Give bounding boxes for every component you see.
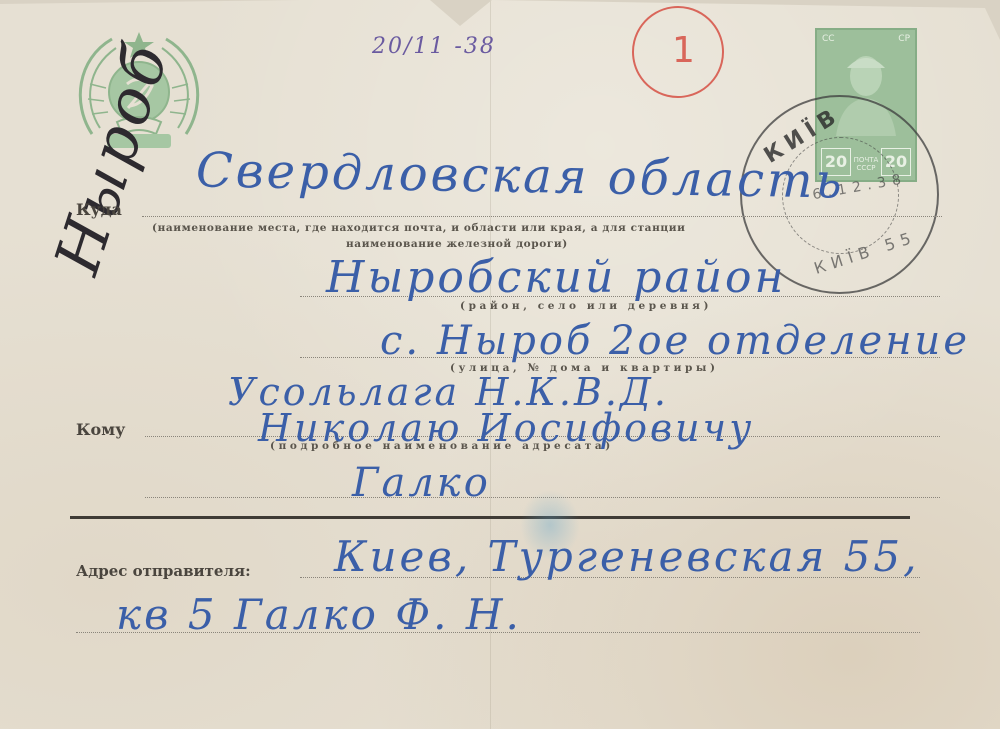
to-dotted-line-1	[142, 216, 942, 217]
to-hint-1: (наименование места, где находится почта…	[152, 222, 686, 234]
whom-label: Кому	[76, 420, 125, 439]
to-hint-2: наименование железной дороги)	[346, 238, 568, 250]
handwritten-region: Свердловская область	[196, 142, 846, 209]
handwritten-sender-address: Киев, Тургеневская 55,	[334, 532, 919, 581]
separator-line	[70, 516, 910, 519]
handwritten-sender-name: кв 5 Галко Ф. Н.	[116, 590, 522, 639]
pencil-date: 20/11 -38	[372, 34, 496, 59]
handwritten-village: с. Ныроб 2ое отделение	[380, 318, 970, 364]
red-circled-number: 1	[672, 30, 695, 71]
stamp-corner-left: СС	[822, 34, 835, 44]
handwritten-recipient-surname: Галко	[352, 460, 491, 506]
handwritten-recipient-name: Николаю Иосифовичу	[258, 406, 754, 450]
to-label: Куда	[76, 200, 122, 219]
envelope: СС СР 20 ПОЧТА СССР 20 КИЇВ 6.12.38 КИЇВ…	[0, 0, 1000, 729]
sender-label: Адрес отправителя:	[76, 562, 251, 580]
stamp-corner-right: СР	[898, 34, 910, 44]
handwritten-district: Ныробский район	[326, 252, 787, 303]
